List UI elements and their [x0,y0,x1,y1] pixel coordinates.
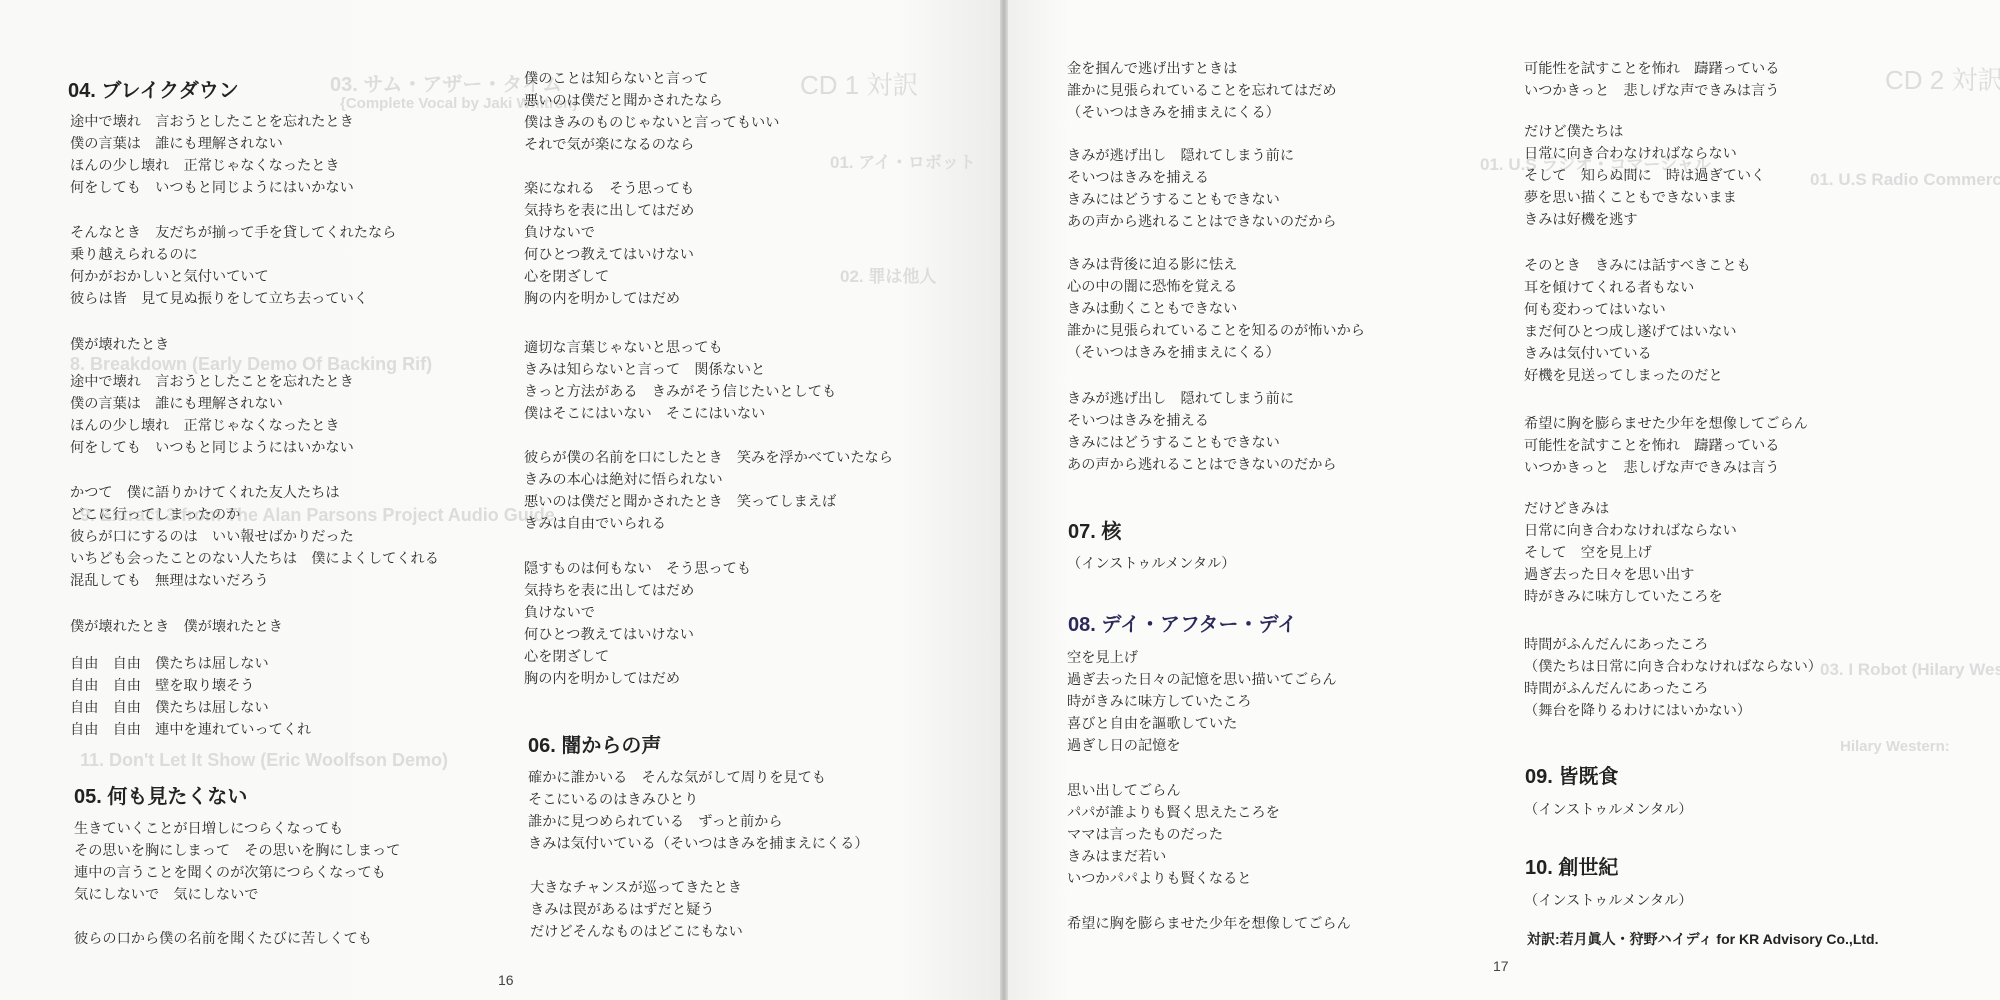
lyric-line: いつかパパよりも賢くなると [1067,868,1280,890]
lyrics-stanza: 僕が壊れたとき [70,334,169,356]
lyric-line: 自由 自由 連中を連れていってくれ [70,719,311,741]
lyrics-stanza: （インストゥルメンタル） [1524,799,1692,821]
lyric-line: 時間がふんだんにあったころ [1524,634,1822,656]
lyric-line: 気持ちを表に出してはだめ [524,580,751,602]
lyrics-stanza: 楽になれる そう思っても 気持ちを表に出してはだめ 負けないで 何ひとつ教えては… [524,178,694,310]
lyric-line: だけどきみは [1524,498,1737,520]
lyric-line: 混乱しても 無理はないだろう [70,570,439,592]
lyric-line: ママは言ったものだった [1067,824,1280,846]
lyric-line: 時がきみに味方していたころ [1067,691,1337,713]
lyric-line: 金を掴んで逃げ出すときは [1067,58,1337,80]
lyric-line: 胸の内を明かしてはだめ [524,288,694,310]
lyric-line: そして 知らぬ間に 時は過ぎていく [1524,165,1765,187]
lyric-line: ほんの少し壊れ 正常じゃなくなったとき [70,155,354,177]
lyric-line: それで気が楽になるのなら [524,134,779,156]
lyric-line: まだ何ひとつ成し遂げてはいない [1524,321,1751,343]
lyric-line: 過ぎ去った日々を思い出す [1524,564,1737,586]
lyric-line: 心を閉ざして [524,646,751,668]
lyric-line: 確かに誰かいる そんな気がして周りを見ても [528,767,869,789]
song-title-07: 07. 核 [1068,515,1121,544]
lyric-line: だけどそんなものはどこにもない [530,921,743,943]
lyric-line: 途中で壊れ 言おうとしたことを忘れたとき [70,111,354,133]
lyric-line: いつかきっと 悲しげな声できみは言う [1524,457,1808,479]
lyric-line: 何も変わってはいない [1524,299,1751,321]
lyric-line: （そいつはきみを捕まえにくる） [1067,102,1337,124]
lyrics-stanza: 可能性を試すことを怖れ 躊躇っている いつかきっと 悲しげな声できみは言う [1524,58,1779,102]
lyrics-stanza: 僕が壊れたとき 僕が壊れたとき [70,616,283,638]
instrumental-note: （インストゥルメンタル） [1067,553,1235,575]
lyric-line: きみの本心は絶対に悟られない [524,469,893,491]
lyric-line: 可能性を試すことを怖れ 躊躇っている [1524,435,1808,457]
lyric-line: きみにはどうすることもできない [1067,189,1337,211]
booklet-spine [1000,0,1008,1000]
lyrics-stanza: 途中で壊れ 言おうとしたことを忘れたとき 僕の言葉は 誰にも理解されない ほんの… [70,111,354,199]
lyric-line: そいつはきみを捕える [1067,167,1337,189]
lyric-line: 耳を傾けてくれる者もない [1524,277,1751,299]
lyric-line: 気持ちを表に出してはだめ [524,200,694,222]
lyrics-stanza: 時間がふんだんにあったころ （僕たちは日常に向き合わなければならない） 時間がふ… [1524,634,1822,722]
lyrics-stanza: だけど僕たちは 日常に向き合わなければならない そして 知らぬ間に 時は過ぎてい… [1524,121,1765,231]
lyric-line: 何をしても いつもと同じようにはいかない [70,177,354,199]
lyric-line: 彼らが僕の名前を口にしたとき 笑みを浮かべていたなら [524,447,893,469]
lyrics-stanza: （インストゥルメンタル） [1524,890,1692,912]
lyric-line: あの声から逃れることはできないのだから [1067,454,1337,476]
lyric-line: 楽になれる そう思っても [524,178,694,200]
lyric-line: 時間がふんだんにあったころ [1524,678,1822,700]
lyric-line: 彼らが口にするのは いい報せばかりだった [70,526,439,548]
song-title-09: 09. 皆既食 [1525,760,1618,789]
lyric-line: きみは好機を逃す [1524,209,1765,231]
lyric-line: きみが逃げ出し 隠れてしまう前に [1067,388,1337,410]
song-title-10: 10. 創世紀 [1525,851,1618,880]
lyrics-stanza: 僕のことは知らないと言って 悪いのは僕だと聞かされたなら 僕はきみのものじゃない… [524,68,779,156]
lyric-line: きみはまだ若い [1067,846,1280,868]
song-title-06: 06. 闇からの声 [528,729,661,758]
lyric-line: その思いを胸にしまって その思いを胸にしまって [74,840,400,862]
lyric-line: きみは気付いている [1524,343,1751,365]
lyric-line: ほんの少し壊れ 正常じゃなくなったとき [70,415,354,437]
translation-credit: 対訳:若月眞人・狩野ハイディ for KR Advisory Co.,Ltd. [1527,929,1878,949]
lyric-line: 何ひとつ教えてはいけない [524,624,751,646]
lyric-line: 過ぎ去った日々の記憶を思い描いてごらん [1067,669,1337,691]
lyric-line: 夢を思い描くこともできないまま [1524,187,1765,209]
lyrics-stanza: 自由 自由 僕たちは屈しない 自由 自由 壁を取り壊そう 自由 自由 僕たちは屈… [70,653,311,741]
lyric-line: 好機を見送ってしまったのだと [1524,365,1751,387]
lyric-line: 誰かに見張られていることを忘れてはだめ [1067,80,1337,102]
lyric-line: 思い出してごらん [1067,780,1280,802]
lyric-line: 僕が壊れたとき [70,334,169,356]
lyric-line: （そいつはきみを捕まえにくる） [1067,342,1365,364]
lyric-line: 隠すものは何もない そう思っても [524,558,751,580]
lyric-line: 負けないで [524,222,694,244]
lyric-line: 気にしないで 気にしないで [74,884,400,906]
lyric-line: きみは知らないと言って 関係ないと [524,359,836,381]
lyric-line: 僕の言葉は 誰にも理解されない [70,133,354,155]
lyric-line: どこに行ってしまったのか [70,504,439,526]
lyric-line: 日常に向き合わなければならない [1524,143,1765,165]
lyric-line: きっと方法がある きみがそう信じたいとしても [524,381,836,403]
lyric-line: 自由 自由 僕たちは屈しない [70,697,311,719]
lyric-line: きみは背後に迫る影に怯え [1067,254,1365,276]
lyrics-stanza: そのとき きみには話すべきことも 耳を傾けてくれる者もない 何も変わってはいない… [1524,255,1751,387]
instrumental-note: （インストゥルメンタル） [1524,890,1692,912]
lyric-line: 日常に向き合わなければならない [1524,520,1737,542]
lyric-line: 僕はそこにはいない そこにはいない [524,403,836,425]
lyric-line: きみにはどうすることもできない [1067,432,1337,454]
lyrics-stanza: 希望に胸を膨らませた少年を想像してごらん [1067,913,1351,935]
lyrics-stanza: きみは背後に迫る影に怯え 心の中の闇に恐怖を覚える きみは動くこともできない 誰… [1067,254,1365,364]
lyric-line: 僕のことは知らないと言って [524,68,779,90]
lyric-line: 空を見上げ [1067,647,1337,669]
lyric-line: 心を閉ざして [524,266,694,288]
lyric-line: 時がきみに味方していたころを [1524,586,1737,608]
lyrics-stanza: 隠すものは何もない そう思っても 気持ちを表に出してはだめ 負けないで 何ひとつ… [524,558,751,690]
lyric-line: だけど僕たちは [1524,121,1765,143]
lyric-line: そして 空を見上げ [1524,542,1737,564]
lyric-line: 僕はきみのものじゃないと言ってもいい [524,112,779,134]
lyric-line: 彼らは皆 見て見ぬ振りをして立ち去っていく [70,288,396,310]
lyrics-stanza: （インストゥルメンタル） [1067,553,1235,575]
lyric-line: そこにいるのはきみひとり [528,789,869,811]
lyric-line: 僕が壊れたとき 僕が壊れたとき [70,616,283,638]
lyrics-stanza: 金を掴んで逃げ出すときは 誰かに見張られていることを忘れてはだめ （そいつはきみ… [1067,58,1337,124]
lyric-line: 自由 自由 僕たちは屈しない [70,653,311,675]
lyrics-stanza: きみが逃げ出し 隠れてしまう前に そいつはきみを捕える きみにはどうすることもで… [1067,388,1337,476]
lyric-line: 大きなチャンスが巡ってきたとき [530,877,743,899]
song-title-05: 05. 何も見たくない [74,780,247,809]
lyric-line: 誰かに見張られていることを知るのが怖いから [1067,320,1365,342]
instrumental-note: （インストゥルメンタル） [1524,799,1692,821]
lyric-line: きみは動くこともできない [1067,298,1365,320]
lyric-line: 負けないで [524,602,751,624]
lyric-line: 誰かに見つめられている ずっと前から [528,811,869,833]
lyric-line: 途中で壊れ 言おうとしたことを忘れたとき [70,371,354,393]
lyric-line: 過ぎし日の記憶を [1067,735,1337,757]
lyric-line: 可能性を試すことを怖れ 躊躇っている [1524,58,1779,80]
lyrics-stanza: 確かに誰かいる そんな気がして周りを見ても そこにいるのはきみひとり 誰かに見つ… [528,767,869,855]
lyrics-stanza: 生きていくことが日増しにつらくなっても その思いを胸にしまって その思いを胸にし… [74,818,400,906]
lyric-line: そのとき きみには話すべきことも [1524,255,1751,277]
lyrics-stanza: 彼らが僕の名前を口にしたとき 笑みを浮かべていたなら きみの本心は絶対に悟られな… [524,447,893,535]
lyrics-stanza: かつて 僕に語りかけてくれた友人たちは どこに行ってしまったのか 彼らが口にする… [70,482,439,592]
lyric-line: きみが逃げ出し 隠れてしまう前に [1067,145,1337,167]
lyric-line: 乗り越えられるのに [70,244,396,266]
lyric-line: 彼らの口から僕の名前を聞くたびに苦しくても [74,928,372,950]
lyrics-stanza: だけどきみは 日常に向き合わなければならない そして 空を見上げ 過ぎ去った日々… [1524,498,1737,608]
lyrics-stanza: 思い出してごらん パパが誰よりも賢く思えたころを ママは言ったものだった きみは… [1067,780,1280,890]
lyric-line: 希望に胸を膨らませた少年を想像してごらん [1524,413,1808,435]
lyrics-stanza: 適切な言葉じゃないと思っても きみは知らないと言って 関係ないと きっと方法があ… [524,337,836,425]
page-number-left: 16 [498,972,514,988]
lyric-line: きみは自由でいられる [524,513,893,535]
lyric-line: 心の中の闇に恐怖を覚える [1067,276,1365,298]
lyrics-stanza: 彼らの口から僕の名前を聞くたびに苦しくても [74,928,372,950]
lyric-line: （舞台を降りるわけにはいかない） [1524,700,1822,722]
lyrics-stanza: 空を見上げ 過ぎ去った日々の記憶を思い描いてごらん 時がきみに味方していたころ … [1067,647,1337,757]
lyric-line: あの声から逃れることはできないのだから [1067,211,1337,233]
lyrics-stanza: きみが逃げ出し 隠れてしまう前に そいつはきみを捕える きみにはどうすることもで… [1067,145,1337,233]
song-title-04: 04. ブレイクダウン [68,74,239,103]
lyric-line: かつて 僕に語りかけてくれた友人たちは [70,482,439,504]
lyric-line: そんなとき 友だちが揃って手を貸してくれたなら [70,222,396,244]
lyrics-stanza: そんなとき 友だちが揃って手を貸してくれたなら 乗り越えられるのに 何かがおかし… [70,222,396,310]
lyric-line: 僕の言葉は 誰にも理解されない [70,393,354,415]
lyrics-stanza: 大きなチャンスが巡ってきたとき きみは罠があるはずだと疑う だけどそんなものはど… [530,877,743,943]
lyric-line: 自由 自由 壁を取り壊そう [70,675,311,697]
lyric-line: 悪いのは僕だと聞かされたとき 笑ってしまえば [524,491,893,513]
lyric-line: （僕たちは日常に向き合わなければならない） [1524,656,1822,678]
lyric-line: いちども会ったことのない人たちは 僕によくしてくれる [70,548,439,570]
lyrics-stanza: 途中で壊れ 言おうとしたことを忘れたとき 僕の言葉は 誰にも理解されない ほんの… [70,371,354,459]
lyric-line: 生きていくことが日増しにつらくなっても [74,818,400,840]
lyric-line: いつかきっと 悲しげな声できみは言う [1524,80,1779,102]
lyric-line: そいつはきみを捕える [1067,410,1337,432]
lyric-line: 適切な言葉じゃないと思っても [524,337,836,359]
lyric-line: 悪いのは僕だと聞かされたなら [524,90,779,112]
lyric-line: 喜びと自由を謳歌していた [1067,713,1337,735]
lyrics-stanza: 希望に胸を膨らませた少年を想像してごらん 可能性を試すことを怖れ 躊躇っている … [1524,413,1808,479]
lyric-line: きみは罠があるはずだと疑う [530,899,743,921]
lyric-line: 何をしても いつもと同じようにはいかない [70,437,354,459]
song-title-08: 08. デイ・アフター・デイ [1068,608,1297,637]
lyric-line: 何かがおかしいと気付いていて [70,266,396,288]
lyric-line: 希望に胸を膨らませた少年を想像してごらん [1067,913,1351,935]
lyric-line: 連中の言うことを聞くのが次第につらくなっても [74,862,400,884]
lyric-line: きみは気付いている（そいつはきみを捕まえにくる） [528,833,869,855]
page-number-right: 17 [1493,958,1509,974]
lyric-line: 何ひとつ教えてはいけない [524,244,694,266]
lyric-line: 胸の内を明かしてはだめ [524,668,751,690]
lyric-line: パパが誰よりも賢く思えたころを [1067,802,1280,824]
